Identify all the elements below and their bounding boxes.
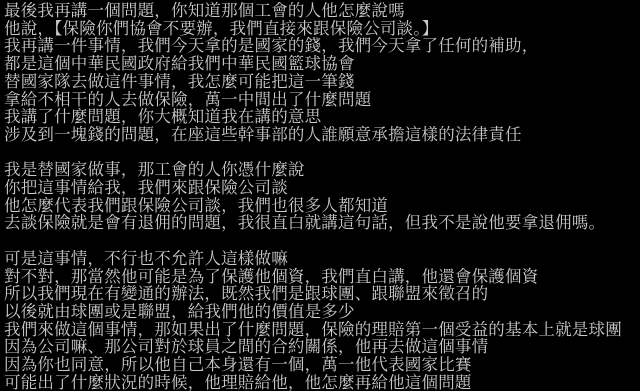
transcript-line: 因為你也同意，所以他自己本身還有一個，萬一他代表國家比賽: [4, 356, 638, 374]
transcript-line: 以後就由球團或是聯盟，給我們他的價值是多少: [4, 303, 638, 321]
transcript-line: 因為公司嘛、那公司對於球員之間的合約關係，他再去做這個事情: [4, 338, 638, 356]
transcript-line: 可能出了什麼狀況的時候，他理賠給他，他怎麼再給他這個問題: [4, 374, 638, 391]
transcript-line: 替國家隊去做這件事情，我怎麼可能把這一筆錢: [4, 73, 638, 91]
transcript-line: 涉及到一塊錢的問題，在座這些幹事部的人誰願意承擔這樣的法律責任: [4, 126, 638, 144]
transcript-line: 對不對，那當然他可能是為了保護他個資，我們直白講，他還會保護個資: [4, 268, 638, 286]
transcript-line: 他怎麼代表我們跟保險公司談，我們也很多人都知道: [4, 197, 638, 215]
transcript-line: 你把這事情給我，我們來跟保險公司談: [4, 179, 638, 197]
transcript-line: 最後我再講一個問題，你知道那個工會的人他怎麼說嗎: [4, 2, 638, 20]
transcript-paragraph: 最後我再講一個問題，你知道那個工會的人他怎麼說嗎他說，【保險你們協會不要辦，我們…: [4, 2, 638, 144]
transcript-line: 拿給不相干的人去做保險，萬一中間出了什麼問題: [4, 91, 638, 109]
transcript-line: 我是替國家做事，那工會的人你憑什麼說: [4, 161, 638, 179]
transcript-line: 他說，【保險你們協會不要辦，我們直接來跟保險公司談。】: [4, 20, 638, 38]
transcript-line: 去談保險就是會有退佣的問題，我很直白就講這句話，但我不是說他要拿退佣嗎。: [4, 214, 638, 232]
transcript-paragraph: 可是這事情，不行也不允許人這樣做嘛對不對，那當然他可能是為了保護他個資，我們直白…: [4, 250, 638, 391]
transcript-line: 我們來做這個事情，那如果出了什麼問題，保險的理賠第一個受益的基本上就是球團: [4, 321, 638, 339]
transcript-line: 可是這事情，不行也不允許人這樣做嘛: [4, 250, 638, 268]
transcript-line: 所以我們現在有變通的辦法，既然我們是跟球團、跟聯盟來徵召的: [4, 285, 638, 303]
subtitle-transcript: 最後我再講一個問題，你知道那個工會的人他怎麼說嗎他說，【保險你們協會不要辦，我們…: [0, 0, 640, 391]
transcript-paragraph: 我是替國家做事，那工會的人你憑什麼說你把這事情給我，我們來跟保險公司談他怎麼代表…: [4, 161, 638, 232]
transcript-line: 我再講一件事情，我們今天拿的是國家的錢，我們今天拿了任何的補助，: [4, 37, 638, 55]
transcript-line: 我講了什麼問題，你大概知道我在講的意思: [4, 108, 638, 126]
transcript-line: 都是這個中華民國政府給我們中華民國籃球協會: [4, 55, 638, 73]
